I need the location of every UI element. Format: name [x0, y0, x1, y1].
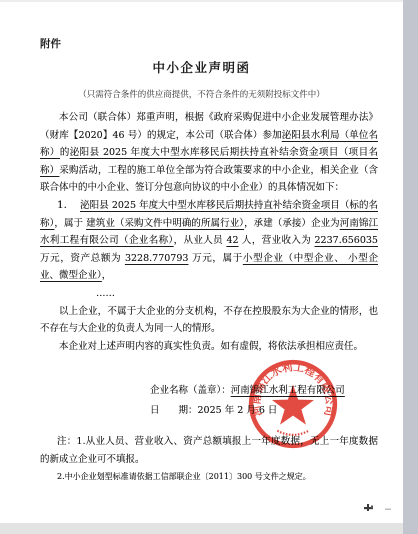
- stray-ink-mark: [358, 503, 396, 513]
- scrollbar-track[interactable]: [403, 0, 418, 534]
- paragraph-item-1: 1.泌阳县 2025 年度大中型水库移民后期扶持直补结余资金项目（标的名称），属…: [40, 197, 378, 285]
- note-2: 2.中小企业划型标准请依据工信部联企业〔2011〕300 号文件之规定。: [40, 468, 378, 486]
- paragraph-declaration: 本公司（联合体）郑重声明，根据《政府采购促进中小企业发展管理办法》（财库【202…: [40, 109, 378, 197]
- company-name-label: 企业名称（盖章）：: [150, 385, 231, 396]
- text-run: ，从业人员: [174, 235, 227, 246]
- text-run: 采购活动，工程的施工单位全部为符合政策要求的中小企业，相关企业（含联合体中的中小…: [40, 165, 378, 194]
- document-subtitle: （只需符合条件的供应商提供，不符合条件的无须附投标文件中）: [0, 88, 403, 100]
- text-run: ，: [102, 270, 112, 281]
- item-number: 1.: [57, 199, 67, 211]
- text-run: 人，营业收入为: [239, 235, 315, 246]
- date-label: 日 期：: [150, 405, 198, 416]
- seal-serial-marks: [277, 431, 308, 435]
- document-body: 本公司（联合体）郑重声明，根据《政府采购促进中小企业发展管理办法》（财库【202…: [40, 109, 378, 355]
- company-seal-stamp: 河南锦江水利工程有限公司: [247, 358, 339, 450]
- text-run: 的: [60, 147, 70, 158]
- underlined-revenue: 2237.656035: [315, 235, 378, 246]
- attachment-label: 附件: [40, 36, 61, 51]
- document-page: 附件 中小企业声明函 （只需符合条件的供应商提供，不符合条件的无须附投标文件中）…: [0, 0, 403, 525]
- paragraph-responsibility: 本企业对上述声明内容的真实性负责。如有虚假，将依法承担相应责任。: [40, 338, 378, 356]
- text-run: ，属于: [54, 218, 86, 229]
- document-title: 中小企业声明函: [0, 58, 403, 76]
- viewer-bottom-gutter: [0, 523, 403, 534]
- seal-star-icon: [272, 385, 314, 425]
- text-run: ，承建（承接）企业为: [244, 218, 340, 229]
- paragraph-no-large-enterprise: 以上企业，不属于大企业的分支机构，不存在控股股东为大企业的情形，也不存在与大企业…: [40, 303, 378, 338]
- underlined-industry: 建筑业（采购文件中明确的所属行业）: [86, 218, 244, 229]
- underlined-assets: 3228.770793: [125, 253, 188, 264]
- text-run: 万元，属于: [188, 253, 242, 264]
- document-viewer: 附件 中小企业声明函 （只需符合条件的供应商提供，不符合条件的无须附投标文件中）…: [0, 0, 418, 534]
- text-run: 万元，资产总额为: [40, 253, 125, 264]
- ellipsis-line: ……: [40, 285, 378, 303]
- underlined-employee-count: 42: [226, 235, 238, 246]
